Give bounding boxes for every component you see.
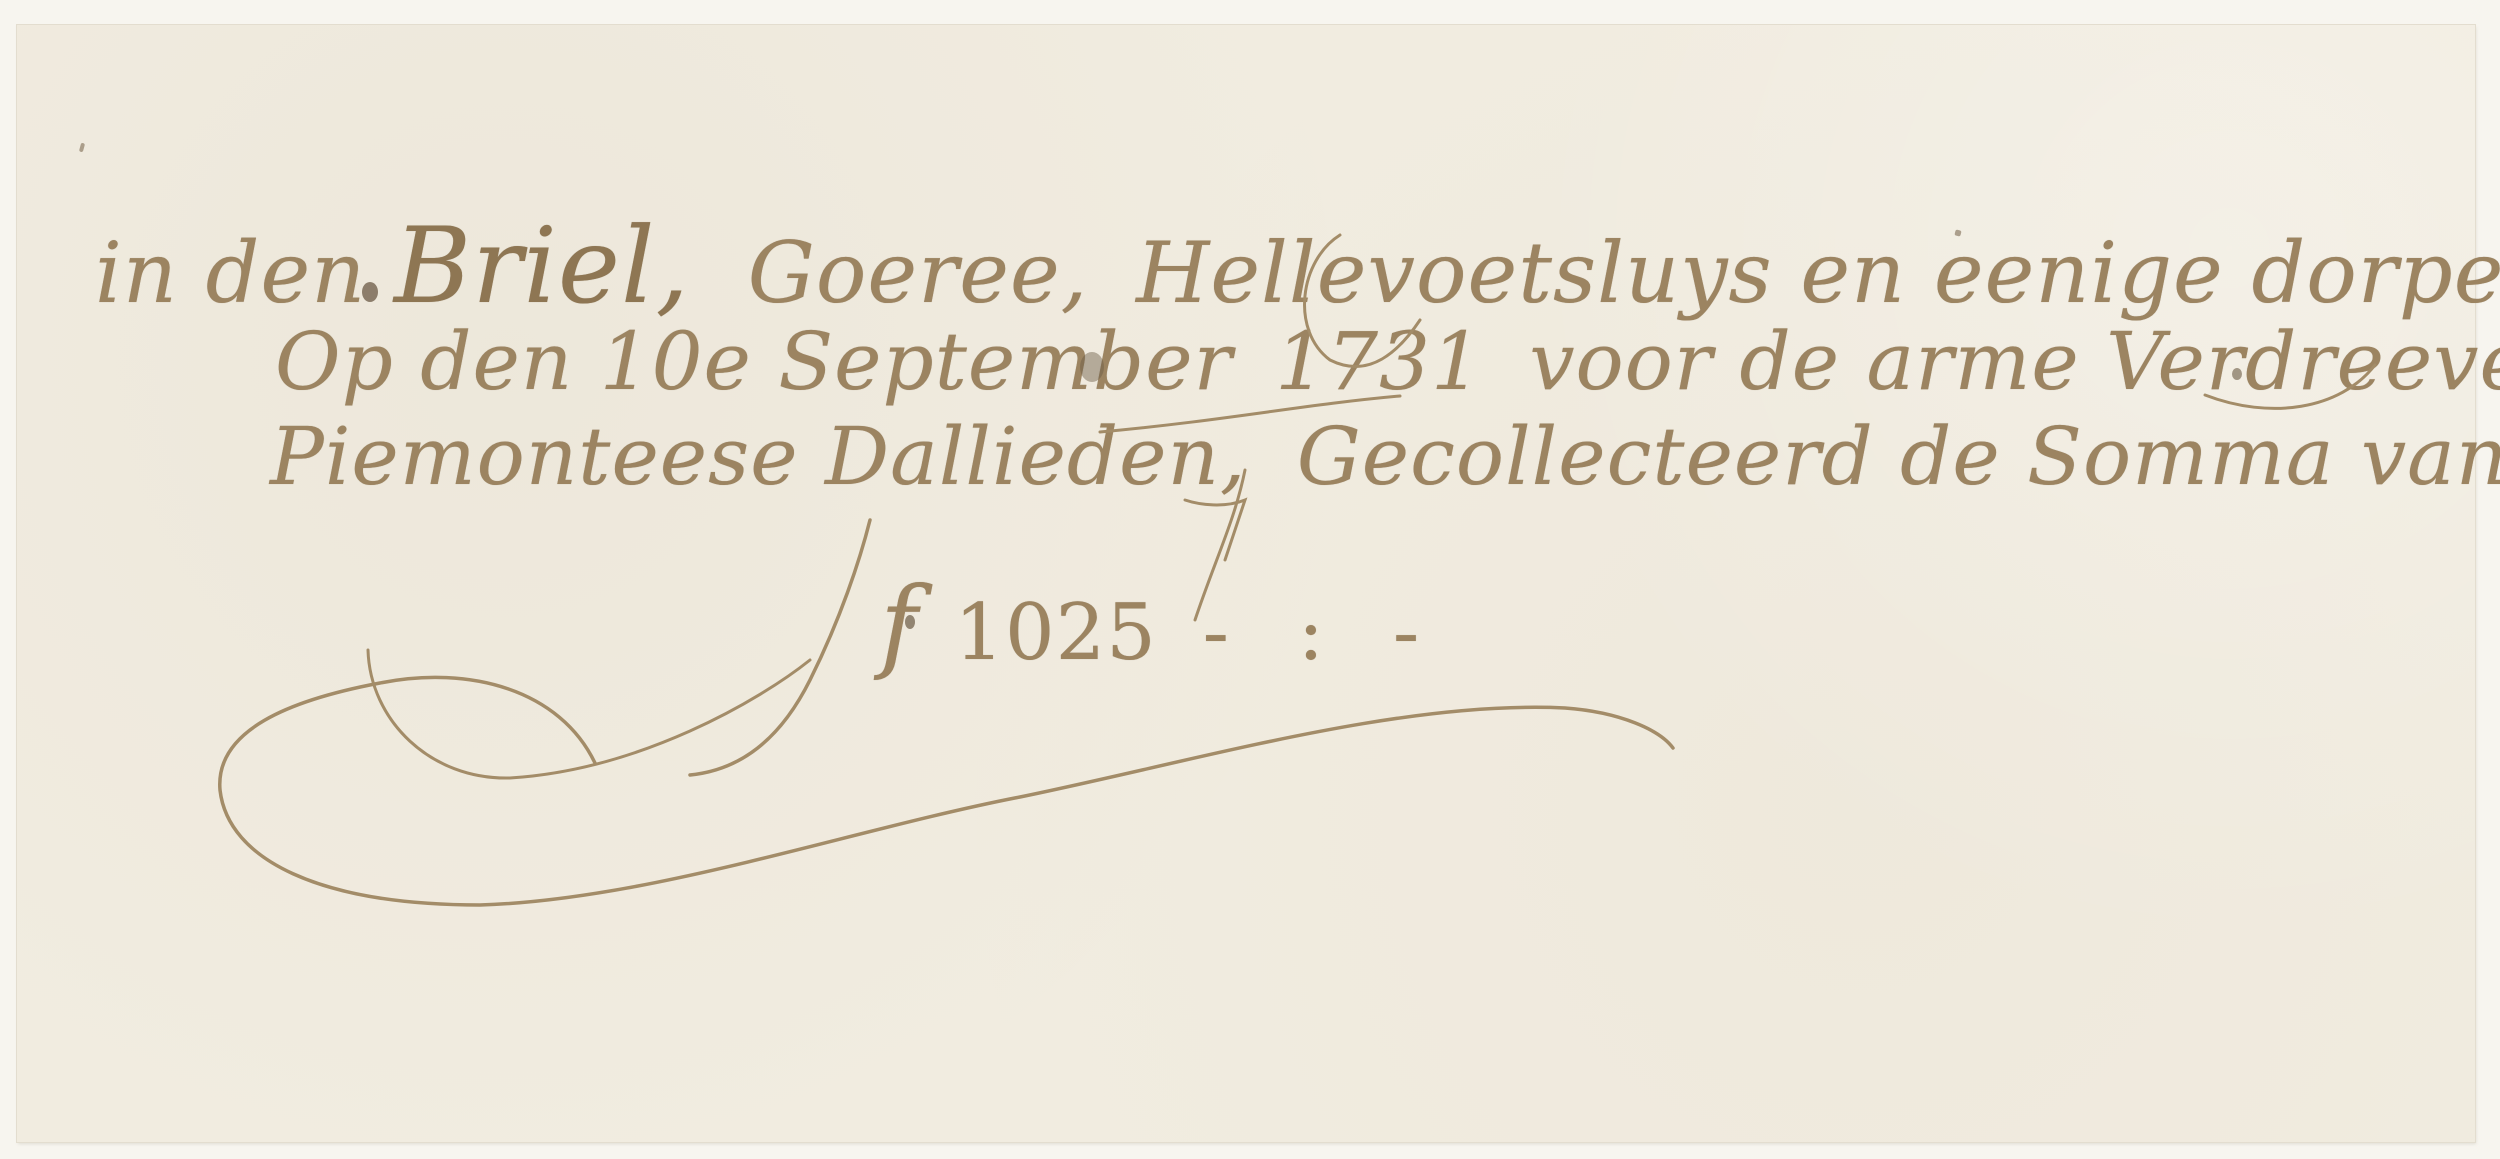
ink-blot	[905, 615, 915, 629]
date-day: 10e	[600, 315, 752, 408]
date-month: September	[778, 315, 1233, 408]
word-gecollecteerd: Gecollecteerd	[1297, 410, 1874, 503]
text-line-3: Piemonteese Dallieden, Gecollecteerd de …	[270, 410, 2500, 503]
word-dorpen: dorpen	[2251, 224, 2500, 322]
word-in: in	[95, 224, 178, 322]
word-goeree: Goeree,	[748, 224, 1089, 322]
word-de: de	[1740, 315, 1841, 408]
word-en: en	[1800, 224, 1906, 322]
ink-blot	[362, 282, 378, 302]
word-den: den	[420, 315, 573, 408]
ink-blot	[1080, 352, 1104, 382]
word-eenige: eenige	[1934, 224, 2224, 322]
word-op: Op	[275, 315, 394, 408]
word-van: van	[2361, 410, 2500, 503]
text-line-1: in den Briel, Goeree, Hellevoetsluys en …	[95, 205, 2500, 327]
text-line-2: Op den 10e September 1731 voor de arme V…	[275, 315, 2500, 408]
word-piemonteese: Piemonteese	[270, 410, 799, 503]
amount-value: 1025	[954, 588, 1157, 678]
word-den: den	[206, 224, 367, 322]
ink-blot	[2232, 368, 2242, 380]
date-year: 1731	[1275, 315, 1483, 408]
word-briel: Briel,	[394, 205, 690, 327]
word-somma: Somma	[2027, 410, 2334, 503]
word-arme: arme	[1867, 315, 2080, 408]
word-de: de	[1900, 410, 2001, 503]
amount-suffix: - : -	[1203, 588, 1442, 678]
word-voor: voor	[1529, 315, 1713, 408]
word-hellevoetsluys: Hellevoetsluys	[1136, 224, 1773, 322]
amount-line: f 1025 - : -	[880, 565, 1441, 683]
word-verdreevene: Verdreevene	[2106, 315, 2500, 408]
word-dallieden: Dallieden,	[825, 410, 1246, 503]
